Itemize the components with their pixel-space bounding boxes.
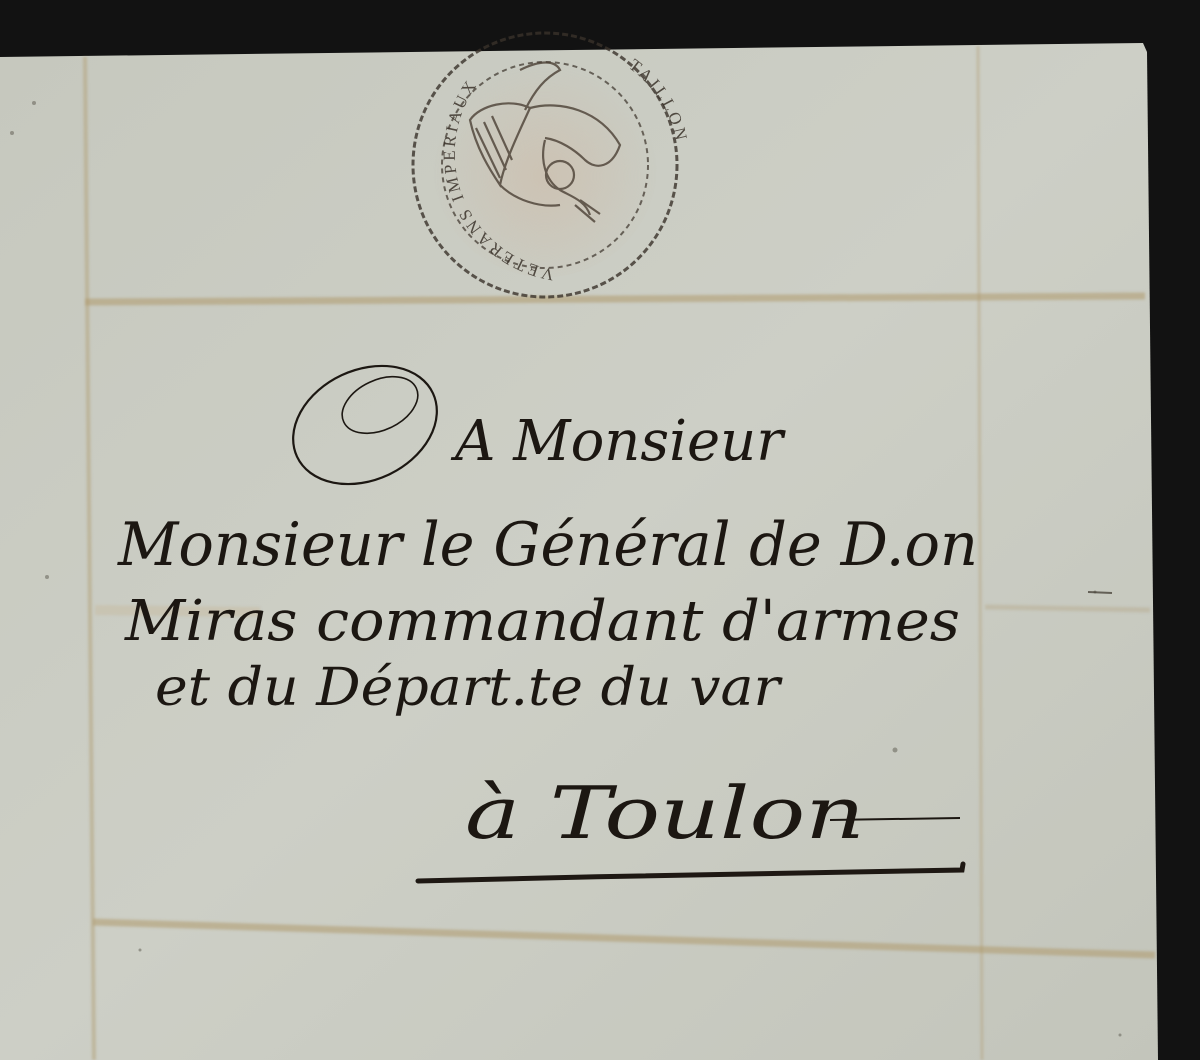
address-line-1: A Monsieur	[450, 409, 786, 474]
address-line-4: et du Départ.te du var	[155, 658, 783, 718]
letter-cover: VETERANS IMPERIAUX TAILLON A Monsie	[0, 0, 1200, 1060]
address-line-3: Miras commandant d'armes	[124, 589, 960, 654]
address-line-5: à Toulon	[465, 771, 865, 855]
address-line-2: Monsieur le Général de D.on	[117, 510, 978, 580]
